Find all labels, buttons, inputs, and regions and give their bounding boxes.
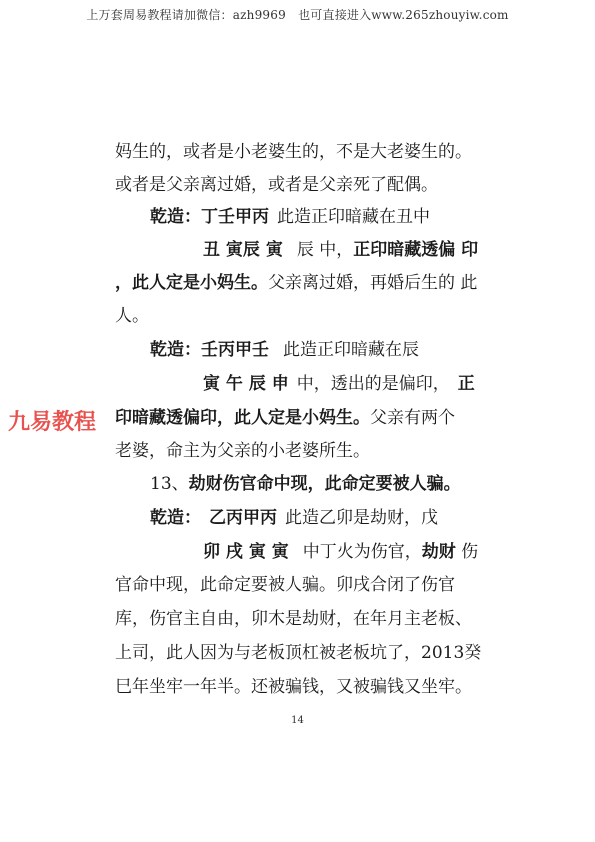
branch-note: 辰 中， xyxy=(297,240,353,260)
heavenly-stems: 丁壬甲丙 xyxy=(201,207,269,227)
bazi-chart-3-branches: 卯 戌 寅 寅中丁火为伤官，劫财 伤 xyxy=(203,542,478,562)
chart-label: 乾造： xyxy=(150,207,201,227)
branch-note-bold: 正印暗藏透偏 印 xyxy=(353,240,478,260)
paragraph-line: ，此人定是小妈生。父亲离过婚，再婚后生的 此 xyxy=(115,273,477,293)
earthly-branches: 丑 寅辰 寅 xyxy=(203,240,283,260)
bazi-chart-1-stems: 乾造：丁壬甲丙此造正印暗藏在丑中 xyxy=(150,207,430,227)
side-watermark-logo: 九易教程 xyxy=(8,405,96,436)
paragraph-line: 巳年坐牢一年半。还被骗钱，又被骗钱又坐牢。 xyxy=(115,677,472,697)
paragraph-line: 库，伤官主自由，卯木是劫财，在年月主老板、 xyxy=(115,609,472,629)
section-title: 劫财伤官命中现，此命定要被人骗。 xyxy=(189,474,461,494)
branch-note-end: 伤 xyxy=(456,542,478,562)
branch-note: 中丁火为伤官， xyxy=(303,542,422,562)
bazi-chart-2-stems: 乾造：壬丙甲壬此造正印暗藏在辰 xyxy=(150,340,419,360)
earthly-branches: 寅 午 辰 申 xyxy=(203,374,289,394)
earthly-branches: 卯 戌 寅 寅 xyxy=(203,542,289,562)
page-number: 14 xyxy=(0,715,595,726)
chart-note: 此造正印暗藏在辰 xyxy=(283,340,419,360)
header-watermark: 上万套周易教程请加微信：azh9969 也可直接进入www.265zhouyiw… xyxy=(0,6,595,23)
bold-text: 印暗藏透偏印，此人定是小妈生。 xyxy=(115,408,370,428)
branch-note: 中，透出的是偏印， xyxy=(297,374,450,394)
paragraph-line: 印暗藏透偏印，此人定是小妈生。父亲有两个 xyxy=(115,408,455,428)
heavenly-stems: 壬丙甲壬 xyxy=(201,340,269,360)
heavenly-stems: 乙丙甲丙 xyxy=(209,508,277,528)
branch-note-bold: 正 xyxy=(458,374,475,394)
paragraph-line: 人。 xyxy=(115,306,149,326)
section-heading: 13、劫财伤官命中现，此命定要被人骗。 xyxy=(150,474,461,494)
chart-label: 乾造： xyxy=(150,508,201,528)
bold-text: ，此人定是小妈生。 xyxy=(115,273,268,293)
plain-text: 父亲离过婚，再婚后生的 此 xyxy=(268,273,477,293)
plain-text: 父亲有两个 xyxy=(370,408,455,428)
paragraph-line: 或者是父亲离过婚，或者是父亲死了配偶。 xyxy=(115,175,438,195)
chart-note: 此造正印暗藏在丑中 xyxy=(277,207,430,227)
bazi-chart-3-stems: 乾造：乙丙甲丙此造乙卯是劫财，戊 xyxy=(150,508,438,528)
chart-label: 乾造： xyxy=(150,340,201,360)
section-number: 13、 xyxy=(150,474,189,494)
bazi-chart-1-branches: 丑 寅辰 寅辰 中，正印暗藏透偏 印 xyxy=(203,240,478,260)
chart-note: 此造乙卯是劫财，戊 xyxy=(285,508,438,528)
paragraph-line: 老婆，命主为父亲的小老婆所生。 xyxy=(115,441,370,461)
paragraph-line: 妈生的，或者是小老婆生的，不是大老婆生的。 xyxy=(115,142,472,162)
paragraph-line: 上司，此人因为与老板顶杠被老板坑了，2013癸 xyxy=(115,643,481,663)
paragraph-line: 官命中现，此命定要被人骗。卯戌合闭了伤官 xyxy=(115,575,455,595)
branch-note-bold: 劫财 xyxy=(422,542,456,562)
bazi-chart-2-branches: 寅 午 辰 申中，透出的是偏印，正 xyxy=(203,374,475,394)
